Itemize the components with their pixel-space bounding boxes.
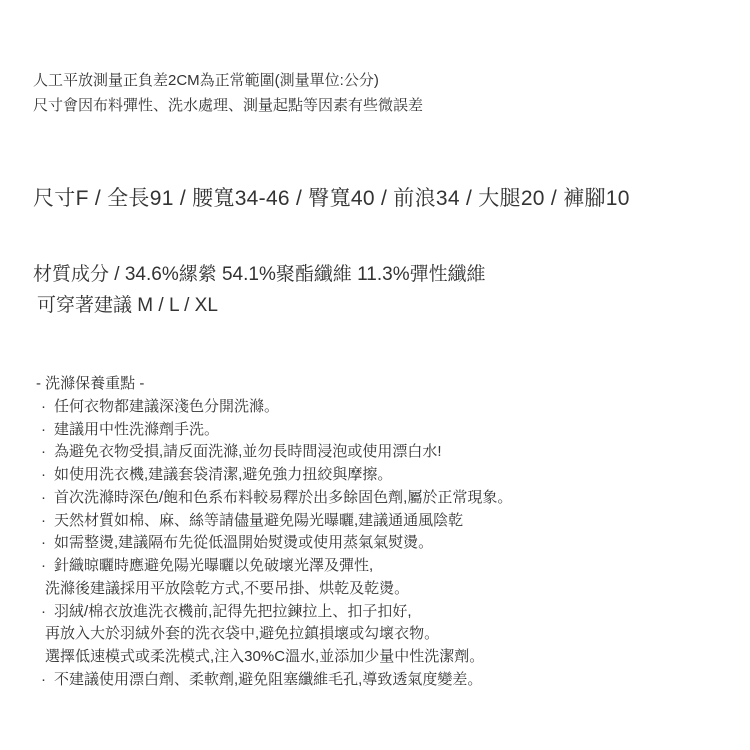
care-item-text: 建議用中性洗滌劑手洗。	[54, 419, 219, 442]
bullet-dot-icon: ·	[33, 532, 54, 555]
care-item-continuation: 再放入大於羽絨外套的洗衣袋中,避免拉鎮損壞或勾壞衣物。	[33, 623, 722, 646]
bullet-dot-icon: ·	[33, 669, 54, 692]
bullet-dot-icon: ·	[33, 510, 54, 533]
care-item-text: 如使用洗衣機,建議套袋清潔,避免強力扭絞與摩擦。	[54, 464, 392, 487]
bullet-dot-icon: ·	[33, 396, 54, 419]
care-item-continuation: 洗滌後建議採用平放陰乾方式,不要吊掛、烘乾及乾燙。	[33, 578, 722, 601]
measurement-note-line2: 尺寸會因布料彈性、洗水處理、測量起點等因素有些微誤差	[33, 93, 722, 118]
bullet-dot-icon: ·	[33, 555, 54, 578]
wear-suggestion: 可穿著建議 M / L / XL	[33, 290, 722, 321]
care-item-text: 如需整燙,建議隔布先從低溫開始熨燙或使用蒸氣氣熨燙。	[54, 532, 433, 555]
care-item-text: 羽絨/棉衣放進洗衣機前,記得先把拉鍊拉上、扣子扣好,	[54, 601, 412, 624]
size-spec-line: 尺寸F / 全長91 / 腰寬34-46 / 臀寬40 / 前浪34 / 大腿2…	[33, 182, 722, 216]
care-item-text: 天然材質如棉、麻、絲等請儘量避免陽光曝曬,建議通通風陰乾	[54, 510, 463, 533]
care-item: · 不建議使用漂白劑、柔軟劑,避免阻塞纖維毛孔,導致透氣度變差。	[33, 669, 722, 692]
care-item: · 首次洗滌時深色/飽和色系布料較易釋於出多餘固色劑,屬於正常現象。	[33, 487, 722, 510]
material-composition: 材質成分 / 34.6%縲縈 54.1%聚酯纖維 11.3%彈性纖維	[33, 259, 722, 290]
care-item: · 天然材質如棉、麻、絲等請儘量避免陽光曝曬,建議通通風陰乾	[33, 510, 722, 533]
care-item-text: 針織晾曬時應避免陽光曝曬以免破壞光澤及彈性,	[54, 555, 373, 578]
bullet-dot-icon: ·	[33, 487, 54, 510]
care-item-text: 任何衣物都建議深淺色分開洗滌。	[54, 396, 279, 419]
measurement-note-line1: 人工平放測量正負差2CM為正常範圍(測量單位:公分)	[33, 68, 722, 93]
bullet-dot-icon: ·	[33, 464, 54, 487]
care-item-text: 再放入大於羽絨外套的洗衣袋中,避免拉鎮損壞或勾壞衣物。	[45, 623, 439, 646]
care-item: · 為避免衣物受損,請反面洗滌,並勿長時間浸泡或使用漂白水!	[33, 441, 722, 464]
care-item: · 建議用中性洗滌劑手洗。	[33, 419, 722, 442]
bullet-dot-icon: ·	[33, 419, 54, 442]
care-item-text: 首次洗滌時深色/飽和色系布料較易釋於出多餘固色劑,屬於正常現象。	[54, 487, 512, 510]
care-item-text: 不建議使用漂白劑、柔軟劑,避免阻塞纖維毛孔,導致透氣度變差。	[54, 669, 482, 692]
care-item: · 如使用洗衣機,建議套袋清潔,避免強力扭絞與摩擦。	[33, 464, 722, 487]
care-item: · 針織晾曬時應避免陽光曝曬以免破壞光澤及彈性,	[33, 555, 722, 578]
bullet-dot-icon: ·	[33, 601, 54, 624]
care-item: · 羽絨/棉衣放進洗衣機前,記得先把拉鍊拉上、扣子扣好,	[33, 601, 722, 624]
care-item-text: 為避免衣物受損,請反面洗滌,並勿長時間浸泡或使用漂白水!	[54, 441, 442, 464]
material-block: 材質成分 / 34.6%縲縈 54.1%聚酯纖維 11.3%彈性纖維 可穿著建議…	[33, 259, 722, 321]
care-item-text: 選擇低速模式或柔洗模式,注入30%C溫水,並添加少量中性洗潔劑。	[45, 646, 484, 669]
care-section: - 洗滌保養重點 - · 任何衣物都建議深淺色分開洗滌。 · 建議用中性洗滌劑手…	[33, 373, 722, 692]
care-section-title: - 洗滌保養重點 -	[33, 373, 722, 396]
care-item: · 如需整燙,建議隔布先從低溫開始熨燙或使用蒸氣氣熨燙。	[33, 532, 722, 555]
care-item: · 任何衣物都建議深淺色分開洗滌。	[33, 396, 722, 419]
bullet-dot-icon: ·	[33, 441, 54, 464]
care-item-text: 洗滌後建議採用平放陰乾方式,不要吊掛、烘乾及乾燙。	[45, 578, 409, 601]
care-item-continuation: 選擇低速模式或柔洗模式,注入30%C溫水,並添加少量中性洗潔劑。	[33, 646, 722, 669]
product-description-page: 人工平放測量正負差2CM為正常範圍(測量單位:公分) 尺寸會因布料彈性、洗水處理…	[0, 0, 750, 750]
measurement-note: 人工平放測量正負差2CM為正常範圍(測量單位:公分) 尺寸會因布料彈性、洗水處理…	[33, 68, 722, 118]
